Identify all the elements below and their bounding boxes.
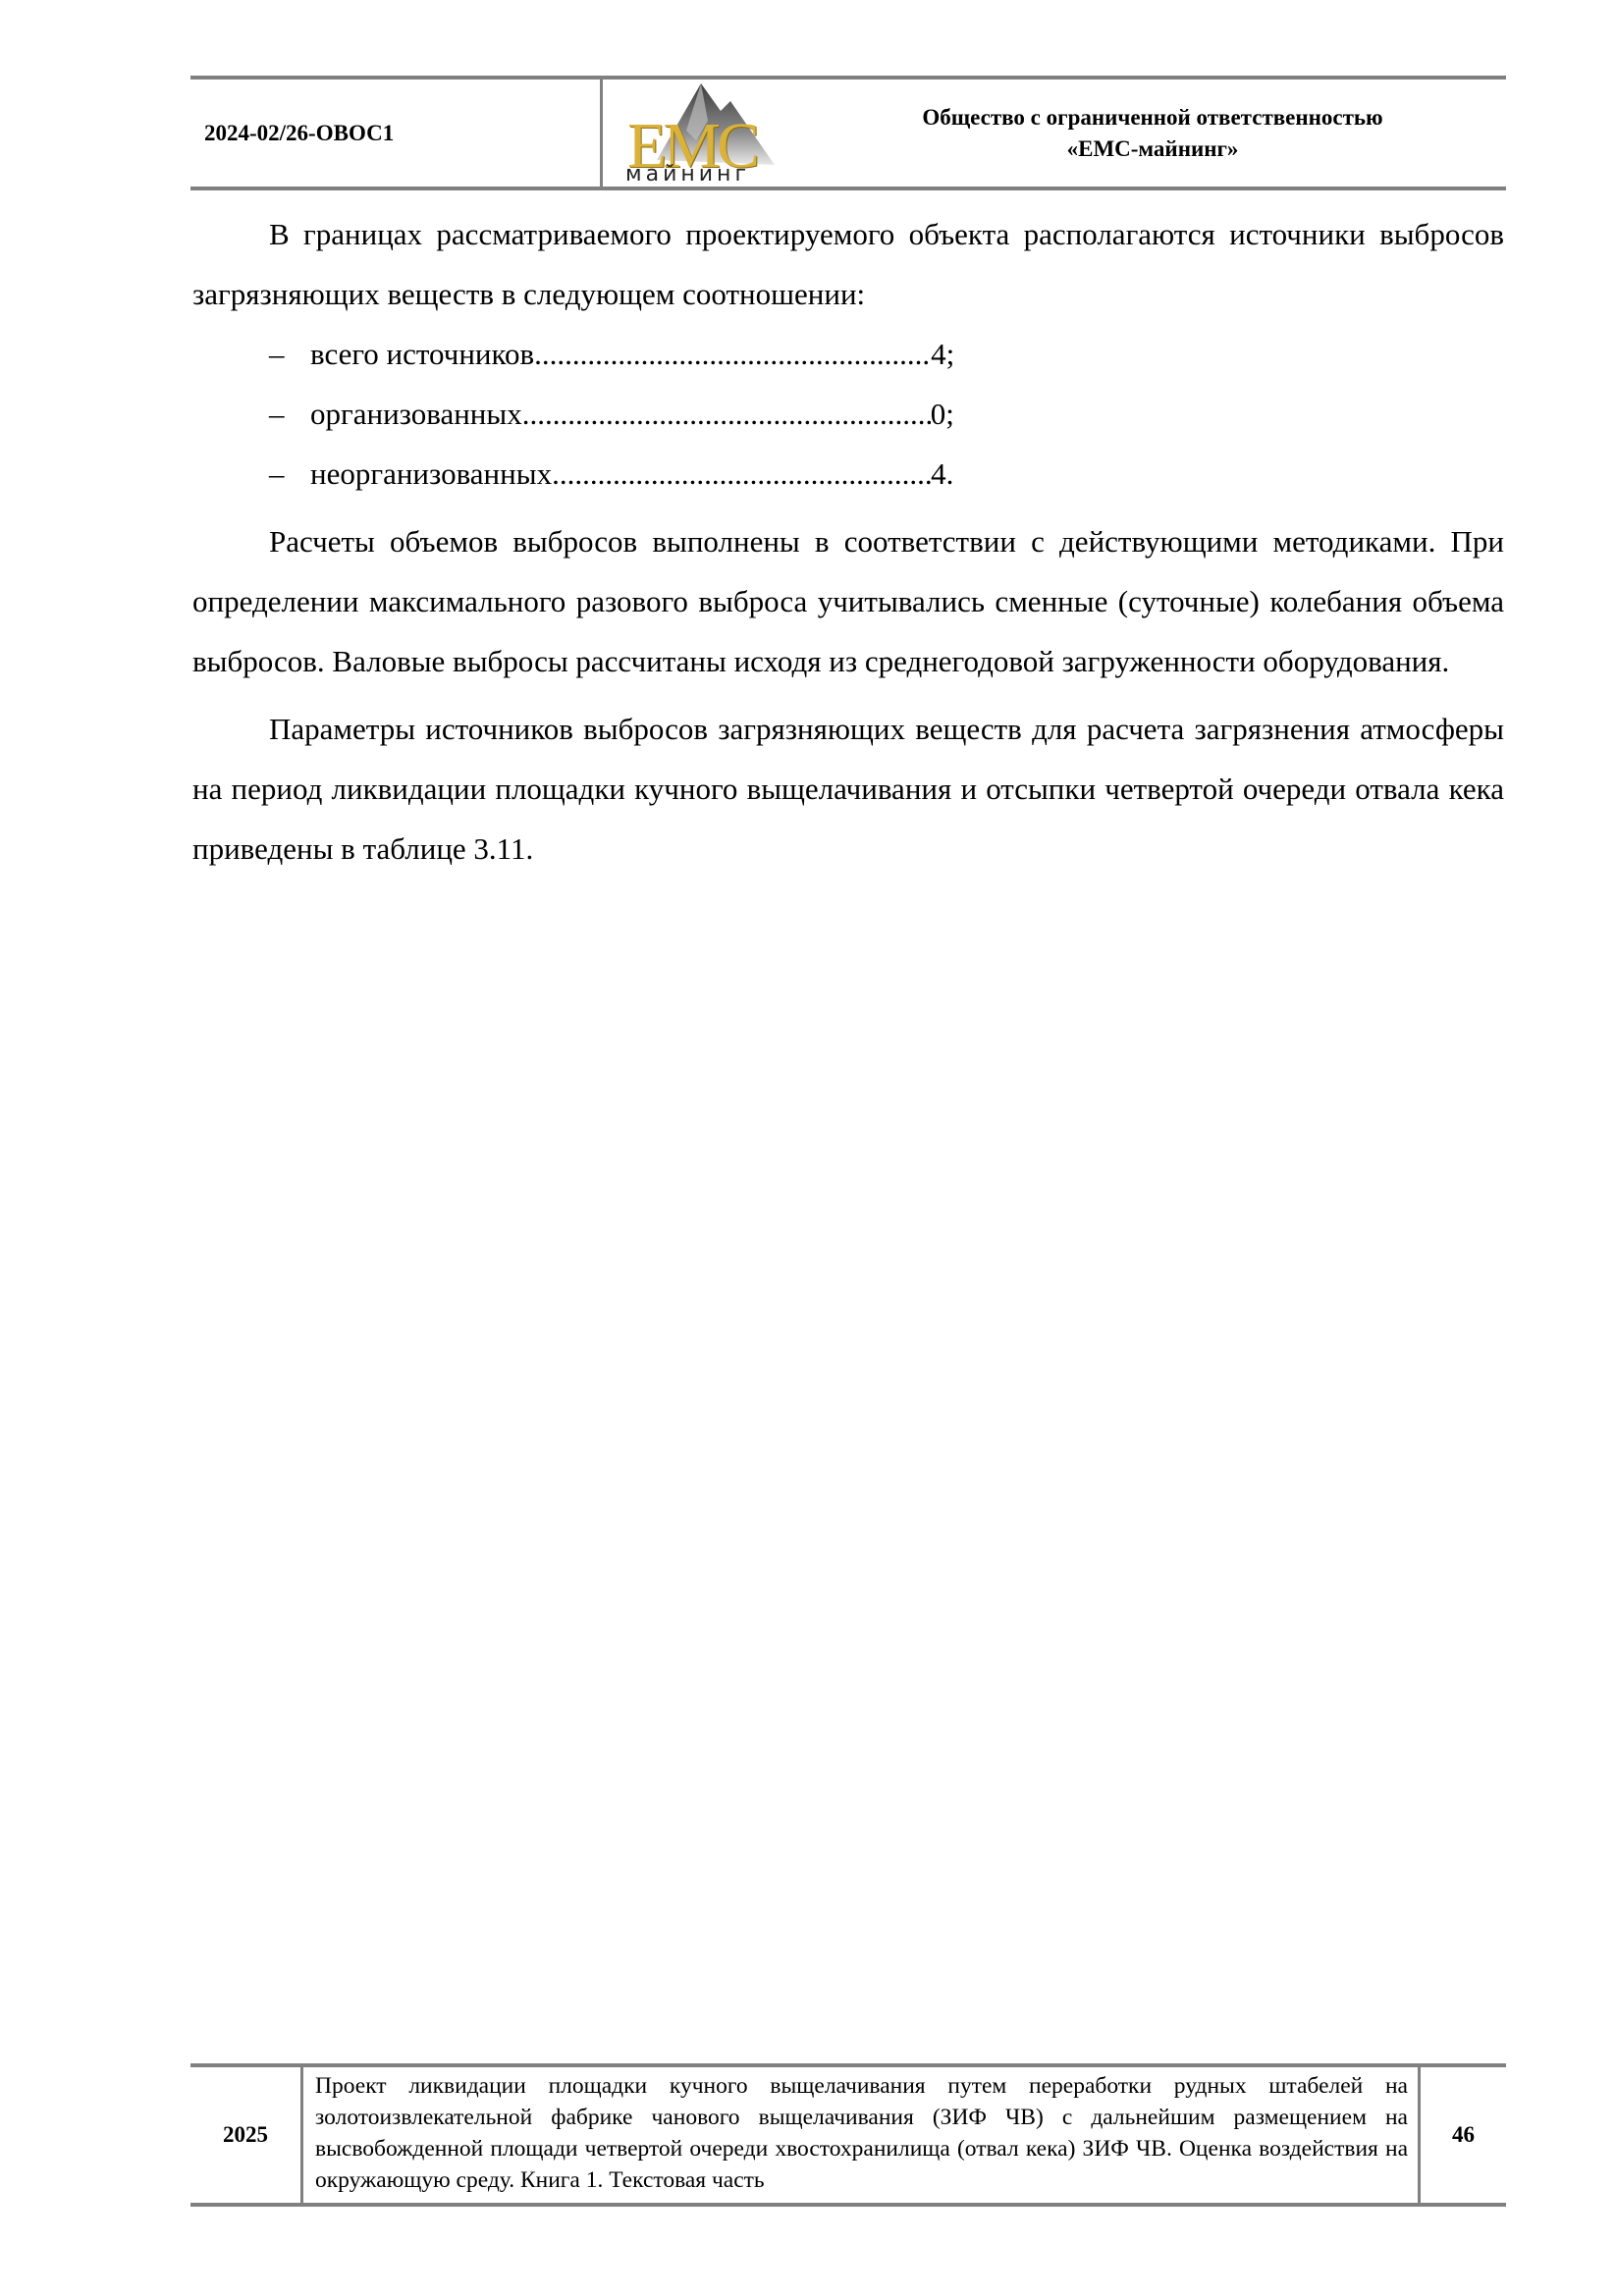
calculation-paragraph: Расчеты объемов выбросов выполнены в соо…	[192, 511, 1504, 691]
list-item-label: неорганизованных	[310, 444, 552, 504]
org-line-2: «ЕМС-майнинг»	[1067, 133, 1239, 165]
leader-dots: ........................................…	[552, 444, 931, 504]
company-logo: EMC майнинг	[603, 80, 799, 187]
intro-paragraph: В границах рассматриваемого проектируемо…	[192, 204, 1504, 324]
list-bullet: –	[269, 324, 310, 384]
footer-project-title: Проект ликвидации площадки кучного выщел…	[303, 2067, 1421, 2203]
list-item-value: 4.	[931, 444, 953, 504]
page-header: 2024-02/26-ОВОС1 EMC майнинг Общество с …	[190, 76, 1506, 190]
document-code: 2024-02/26-ОВОС1	[190, 80, 603, 187]
list-item-value: 0;	[931, 384, 954, 444]
sources-list: – всего источников .....................…	[192, 324, 1504, 504]
page-number: 46	[1421, 2067, 1506, 2203]
parameters-paragraph: Параметры источников выбросов загрязняющ…	[192, 699, 1504, 879]
list-bullet: –	[269, 384, 310, 444]
page-footer: 2025 Проект ликвидации площадки кучного …	[190, 2063, 1506, 2207]
list-item: – организованных .......................…	[192, 384, 1504, 444]
leader-dots: ........................................…	[534, 324, 931, 384]
logo-subtitle: майнинг	[625, 162, 750, 187]
list-item-value: 4;	[931, 324, 954, 384]
footer-year: 2025	[190, 2067, 303, 2203]
list-item-label: всего источников	[310, 324, 534, 384]
org-line-1: Общество с ограниченной ответственностью	[922, 102, 1382, 133]
organization-name: Общество с ограниченной ответственностью…	[799, 80, 1506, 187]
document-body: В границах рассматриваемого проектируемо…	[192, 204, 1504, 879]
leader-dots: ........................................…	[522, 384, 931, 444]
list-item: – неорганизованных .....................…	[192, 444, 1504, 504]
mountain-logo-icon: EMC майнинг	[618, 81, 784, 185]
list-bullet: –	[269, 444, 310, 504]
list-item-label: организованных	[310, 384, 522, 444]
list-item: – всего источников .....................…	[192, 324, 1504, 384]
